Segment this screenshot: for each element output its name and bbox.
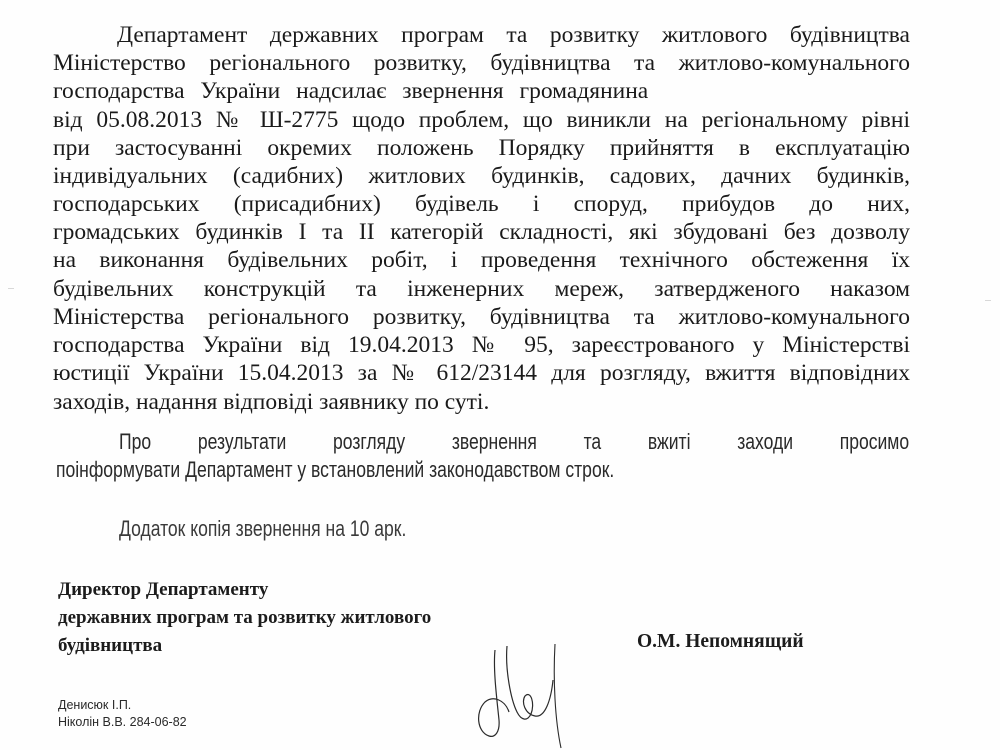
paragraph-line: заходів, надання відповіді заявнику по с… <box>53 388 910 416</box>
paragraph-line: громадських будинків I та II категорій с… <box>53 218 910 246</box>
signatory-name: О.М. Непомнящий <box>637 631 804 653</box>
scan-artifact <box>8 288 14 289</box>
paragraph-line: господарських (присадибних) будівель і с… <box>53 190 910 218</box>
paragraph-line: Про результати розгляду звернення та вжи… <box>119 428 909 456</box>
signatory-title-line: будівництва <box>58 634 162 658</box>
paragraph-line: Департамент державних програм та розвитк… <box>117 21 910 49</box>
paragraph-line: господарства України надсилає звернення … <box>53 77 910 105</box>
paragraph-line: на виконання будівельних робіт, і провед… <box>53 246 910 274</box>
paragraph-line: Міністерства регіонального розвитку, буд… <box>53 303 910 331</box>
paragraph-line: Міністерство регіонального розвитку, буд… <box>53 49 910 77</box>
paragraph-line: при застосуванні окремих положень Порядк… <box>53 134 910 162</box>
scan-artifact <box>985 300 991 301</box>
paragraph-line: будівельних конструкцій та інженерних ме… <box>53 275 910 303</box>
executor-line: Ніколін В.В. 284-06-82 <box>58 714 187 730</box>
paragraph-line: господарства України від 19.04.2013 № 95… <box>53 331 910 359</box>
scanned-letter-page: Департамент державних програм та розвитк… <box>0 0 1000 750</box>
paragraph-line: індивідуальних (садибних) житлових будин… <box>53 162 910 190</box>
paragraph-line: від 05.08.2013 № Ш-2775 щодо проблем, що… <box>53 106 910 134</box>
handwritten-signature-icon <box>465 640 575 750</box>
paragraph-line: юстиції України 15.04.2013 за № 612/2314… <box>53 359 910 387</box>
paragraph-line: поінформувати Департамент у встановлений… <box>56 456 614 484</box>
attachment-note: Додаток копія звернення на 10 арк. <box>119 515 406 543</box>
signatory-title-line: державних програм та розвитку житлового <box>58 606 431 630</box>
executor-line: Денисюк І.П. <box>58 697 131 713</box>
signatory-title-line: Директор Департаменту <box>58 578 268 602</box>
